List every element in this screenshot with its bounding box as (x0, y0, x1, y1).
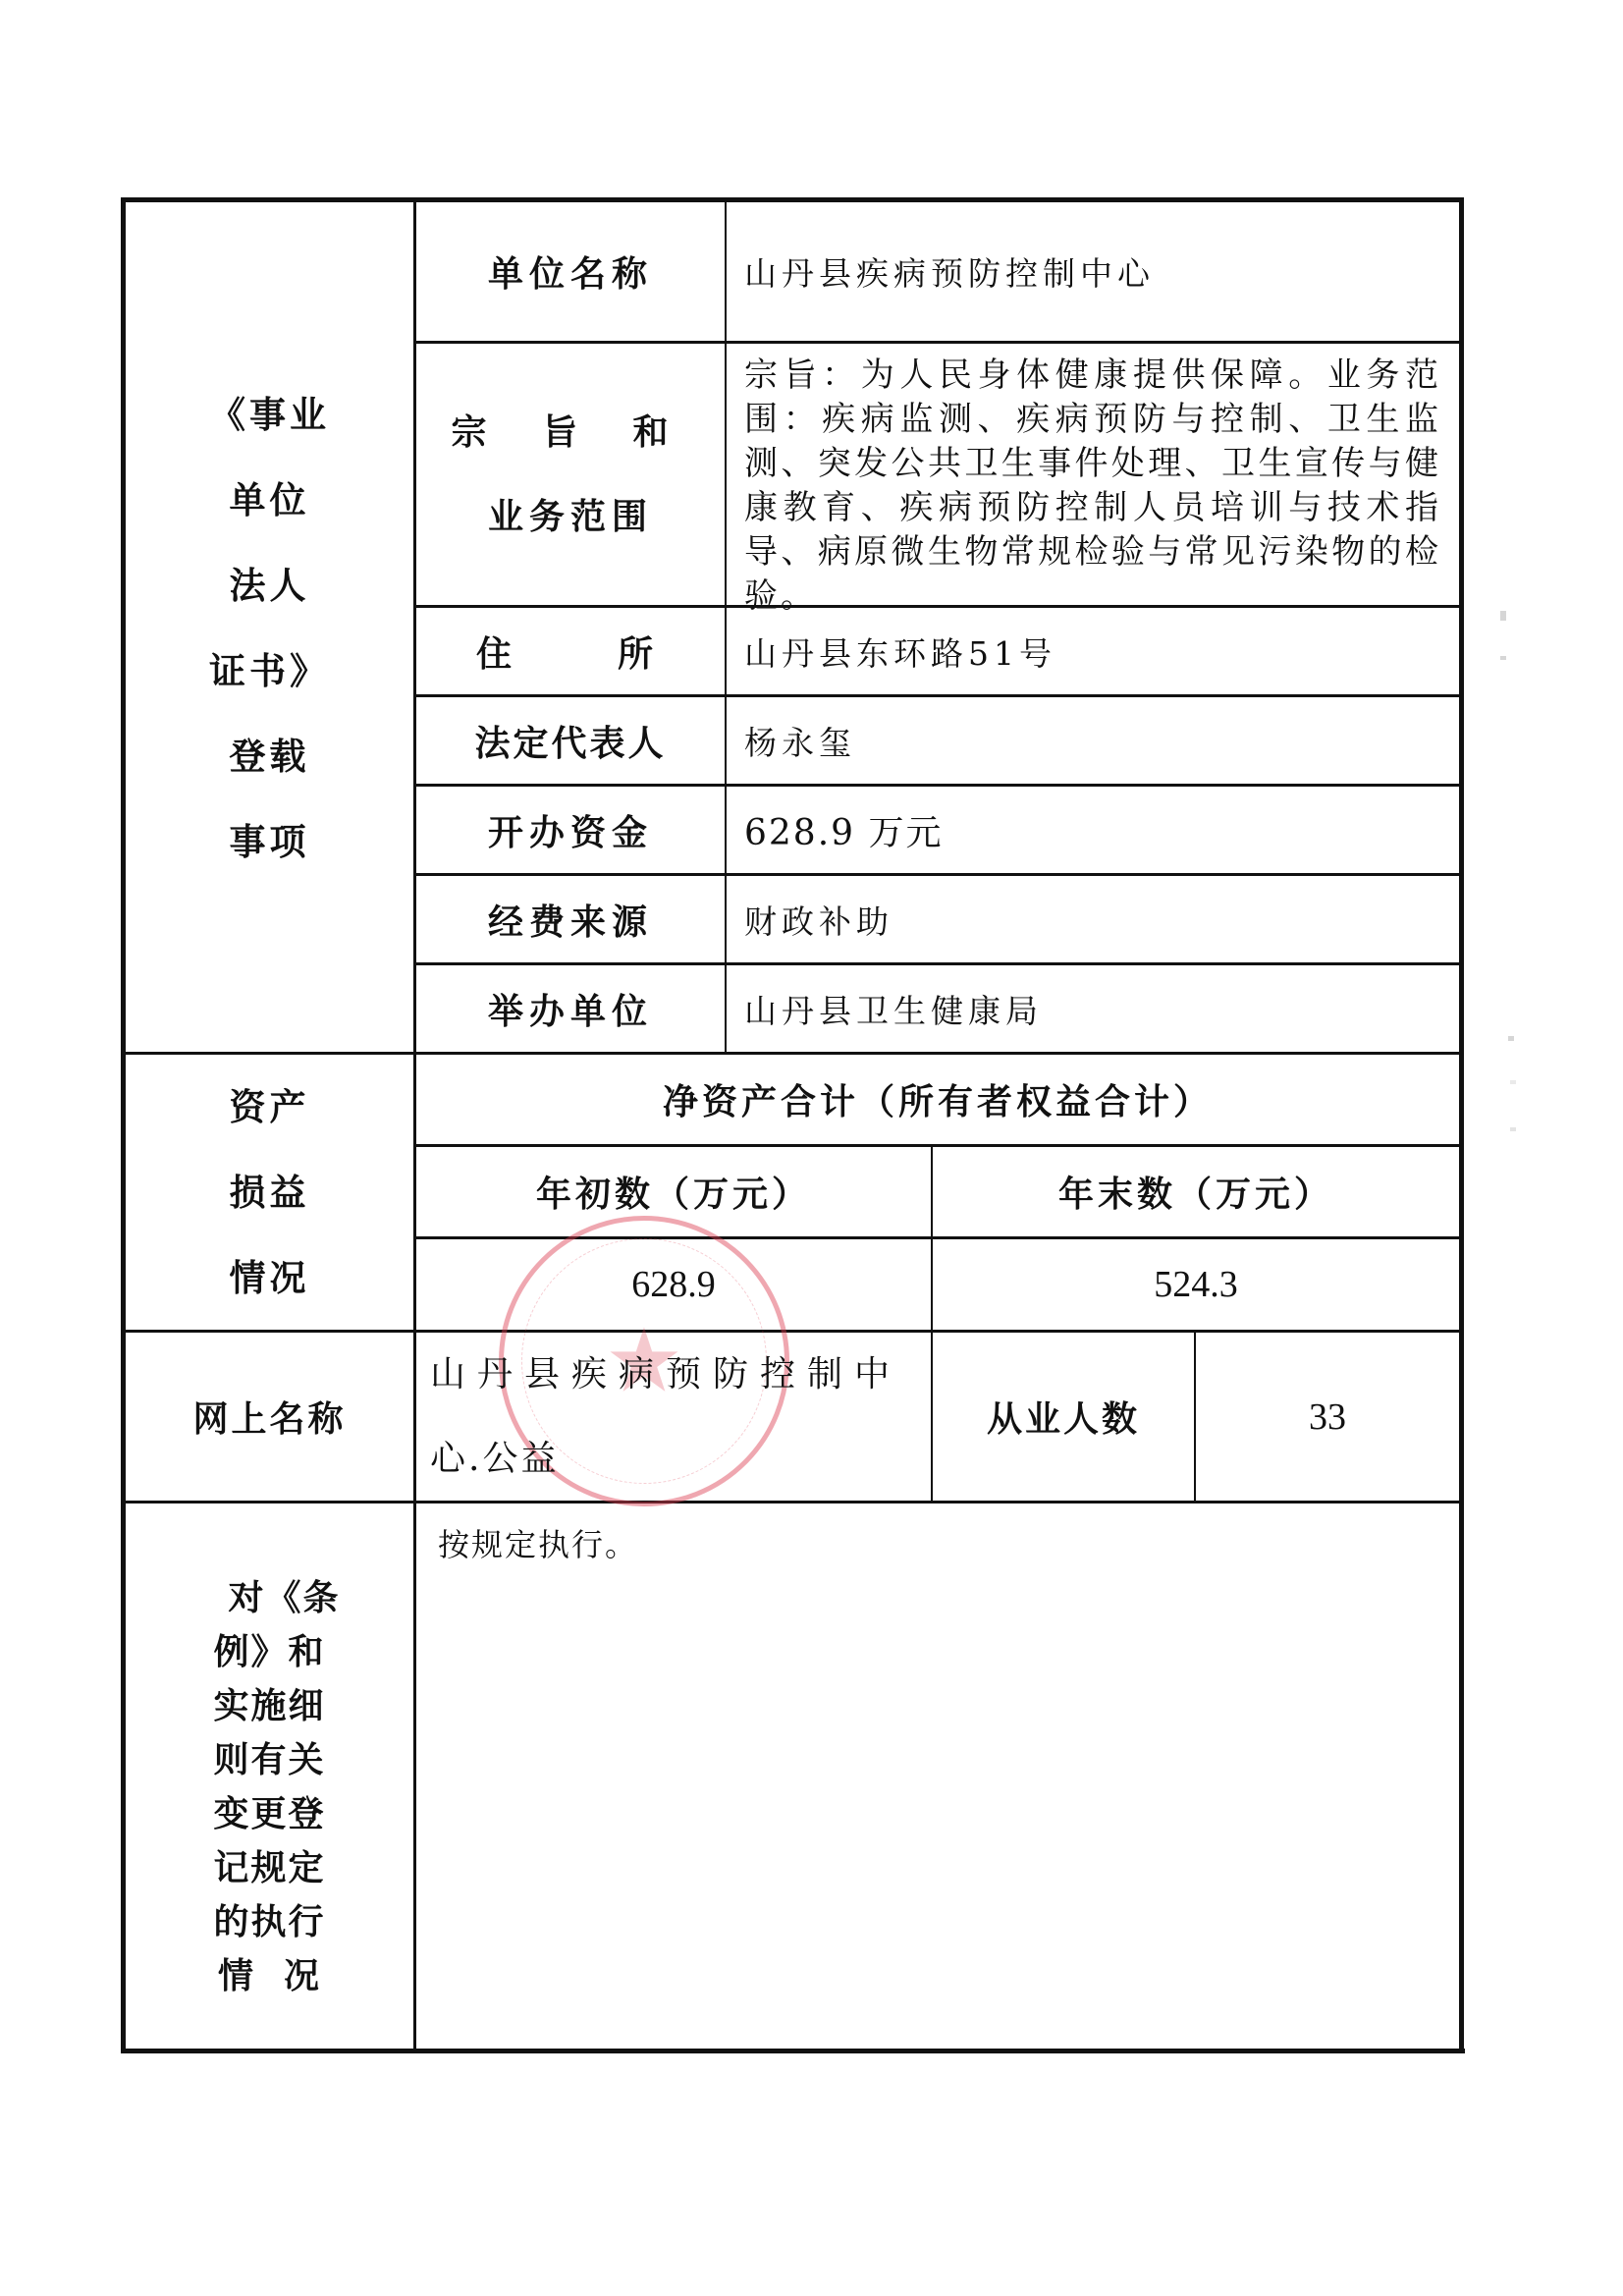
side-label-line: 损益 (230, 1150, 310, 1235)
side-label-line: 法人 (230, 543, 310, 629)
net-assets-header: 净资产合计（所有者权益合计） (416, 1055, 1459, 1144)
side-label-line: 变更登 (213, 1787, 325, 1841)
side-label-line: 则有关 (213, 1733, 325, 1787)
label-address: 住 所 (416, 608, 725, 694)
label-online-name: 网上名称 (126, 1333, 413, 1501)
header-year-start: 年初数（万元） (416, 1147, 931, 1236)
scan-artifact (1510, 1080, 1516, 1084)
section-label-registration: 《事业 单位 法人 证书》 登载 事项 (126, 373, 413, 884)
label-staff-count: 从业人数 (933, 1333, 1194, 1501)
value-year-end: 524.3 (933, 1239, 1459, 1330)
label-line: 业务范围 (488, 474, 653, 559)
value-capital: 628.9 万元 (727, 787, 1459, 873)
side-label-line: 资产 (230, 1065, 310, 1150)
side-label-line: 的执行 (213, 1895, 325, 1949)
side-label-line: 例》和 (213, 1625, 325, 1679)
side-label-line: 情 况 (218, 1949, 321, 2003)
value-online-name: 山丹县疾病预防控制中 心.公益 (416, 1333, 931, 1501)
scan-artifact (1508, 1036, 1514, 1041)
section-label-assets: 资产 损益 情况 (126, 1055, 413, 1330)
value-mission-scope: 宗旨：为人民身体健康提供保障。业务范围：疾病监测、疾病预防与控制、卫生监测、突发… (727, 344, 1459, 605)
value-compliance: 按规定执行。 (416, 1503, 1459, 1582)
value-funding-source: 财政补助 (727, 876, 1459, 962)
scan-artifact (1500, 656, 1506, 660)
label-funding-source: 经费来源 (416, 876, 725, 962)
side-label-line: 事项 (230, 799, 310, 885)
table-border-bottom (125, 2049, 1465, 2053)
online-name-line: 山丹县疾病预防控制中 (430, 1333, 901, 1417)
side-label-line: 对《条 (198, 1571, 340, 1625)
value-sponsor: 山丹县卫生健康局 (727, 965, 1459, 1052)
value-staff-count: 33 (1196, 1333, 1459, 1501)
side-label-line: 情况 (230, 1235, 310, 1321)
header-year-end: 年末数（万元） (933, 1147, 1459, 1236)
side-label-line: 记规定 (213, 1841, 325, 1895)
side-label-line: 登载 (230, 714, 310, 799)
side-label-line: 证书》 (209, 629, 330, 714)
scan-artifact (1500, 611, 1506, 621)
side-label-line: 实施细 (213, 1679, 325, 1733)
online-name-line: 心.公益 (430, 1417, 559, 1502)
scan-artifact (1510, 1127, 1516, 1131)
side-label-line: 《事业 (209, 372, 330, 458)
label-legal-rep: 法定代表人 (416, 697, 725, 784)
table-border-right (1459, 197, 1464, 2053)
section-label-compliance: 对《条 例》和 实施细 则有关 变更登 记规定 的执行 情 况 (126, 1571, 413, 1984)
label-unit-name: 单位名称 (416, 202, 725, 341)
value-unit-name: 山丹县疾病预防控制中心 (727, 202, 1459, 341)
label-mission-scope: 宗 旨 和 业务范围 (416, 344, 725, 605)
label-sponsor: 举办单位 (416, 965, 725, 1052)
value-address: 山丹县东环路51号 (727, 608, 1459, 694)
label-capital: 开办资金 (416, 787, 725, 873)
document-page: ★ 《事业 单位 法人 证书》 登载 事项 单位名称 山丹县疾病预防控制中心 宗… (0, 0, 1623, 2296)
value-legal-rep: 杨永玺 (727, 697, 1459, 784)
label-line: 宗 旨 和 (451, 390, 689, 474)
value-year-start: 628.9 (416, 1239, 931, 1330)
side-label-line: 单位 (230, 458, 310, 543)
